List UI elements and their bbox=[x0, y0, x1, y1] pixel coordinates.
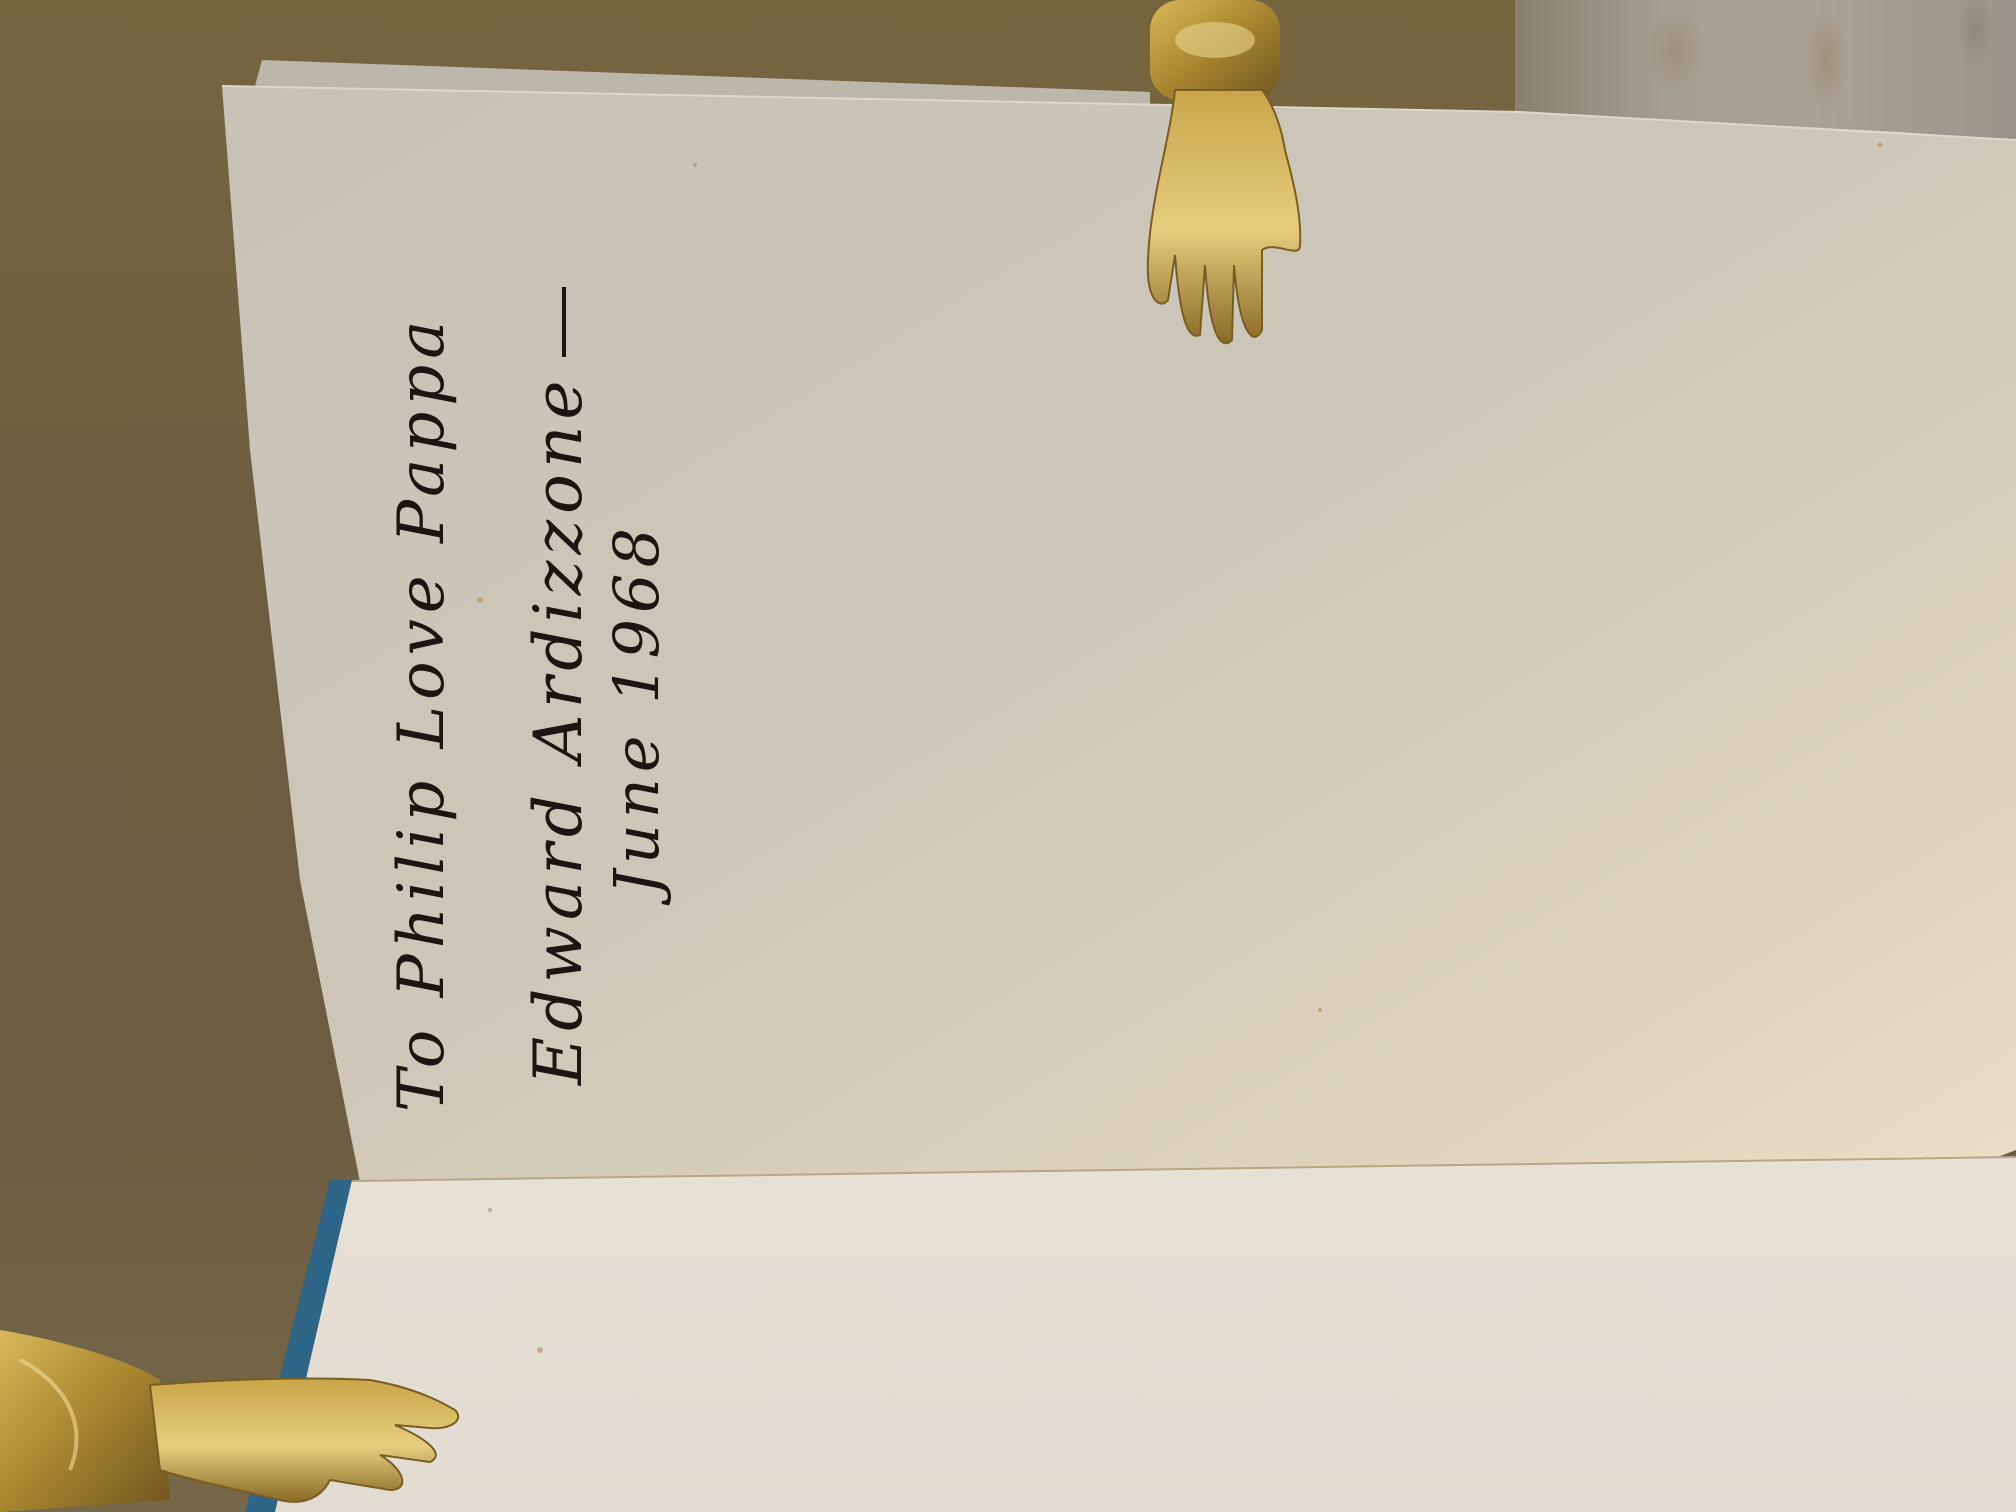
photo-scene: To Philip Love Pappa Edward Ardizzone Ju… bbox=[0, 0, 2016, 1512]
book-pages bbox=[0, 0, 2016, 1512]
facing-page bbox=[275, 1156, 2016, 1512]
inscription-page bbox=[222, 86, 2016, 1182]
